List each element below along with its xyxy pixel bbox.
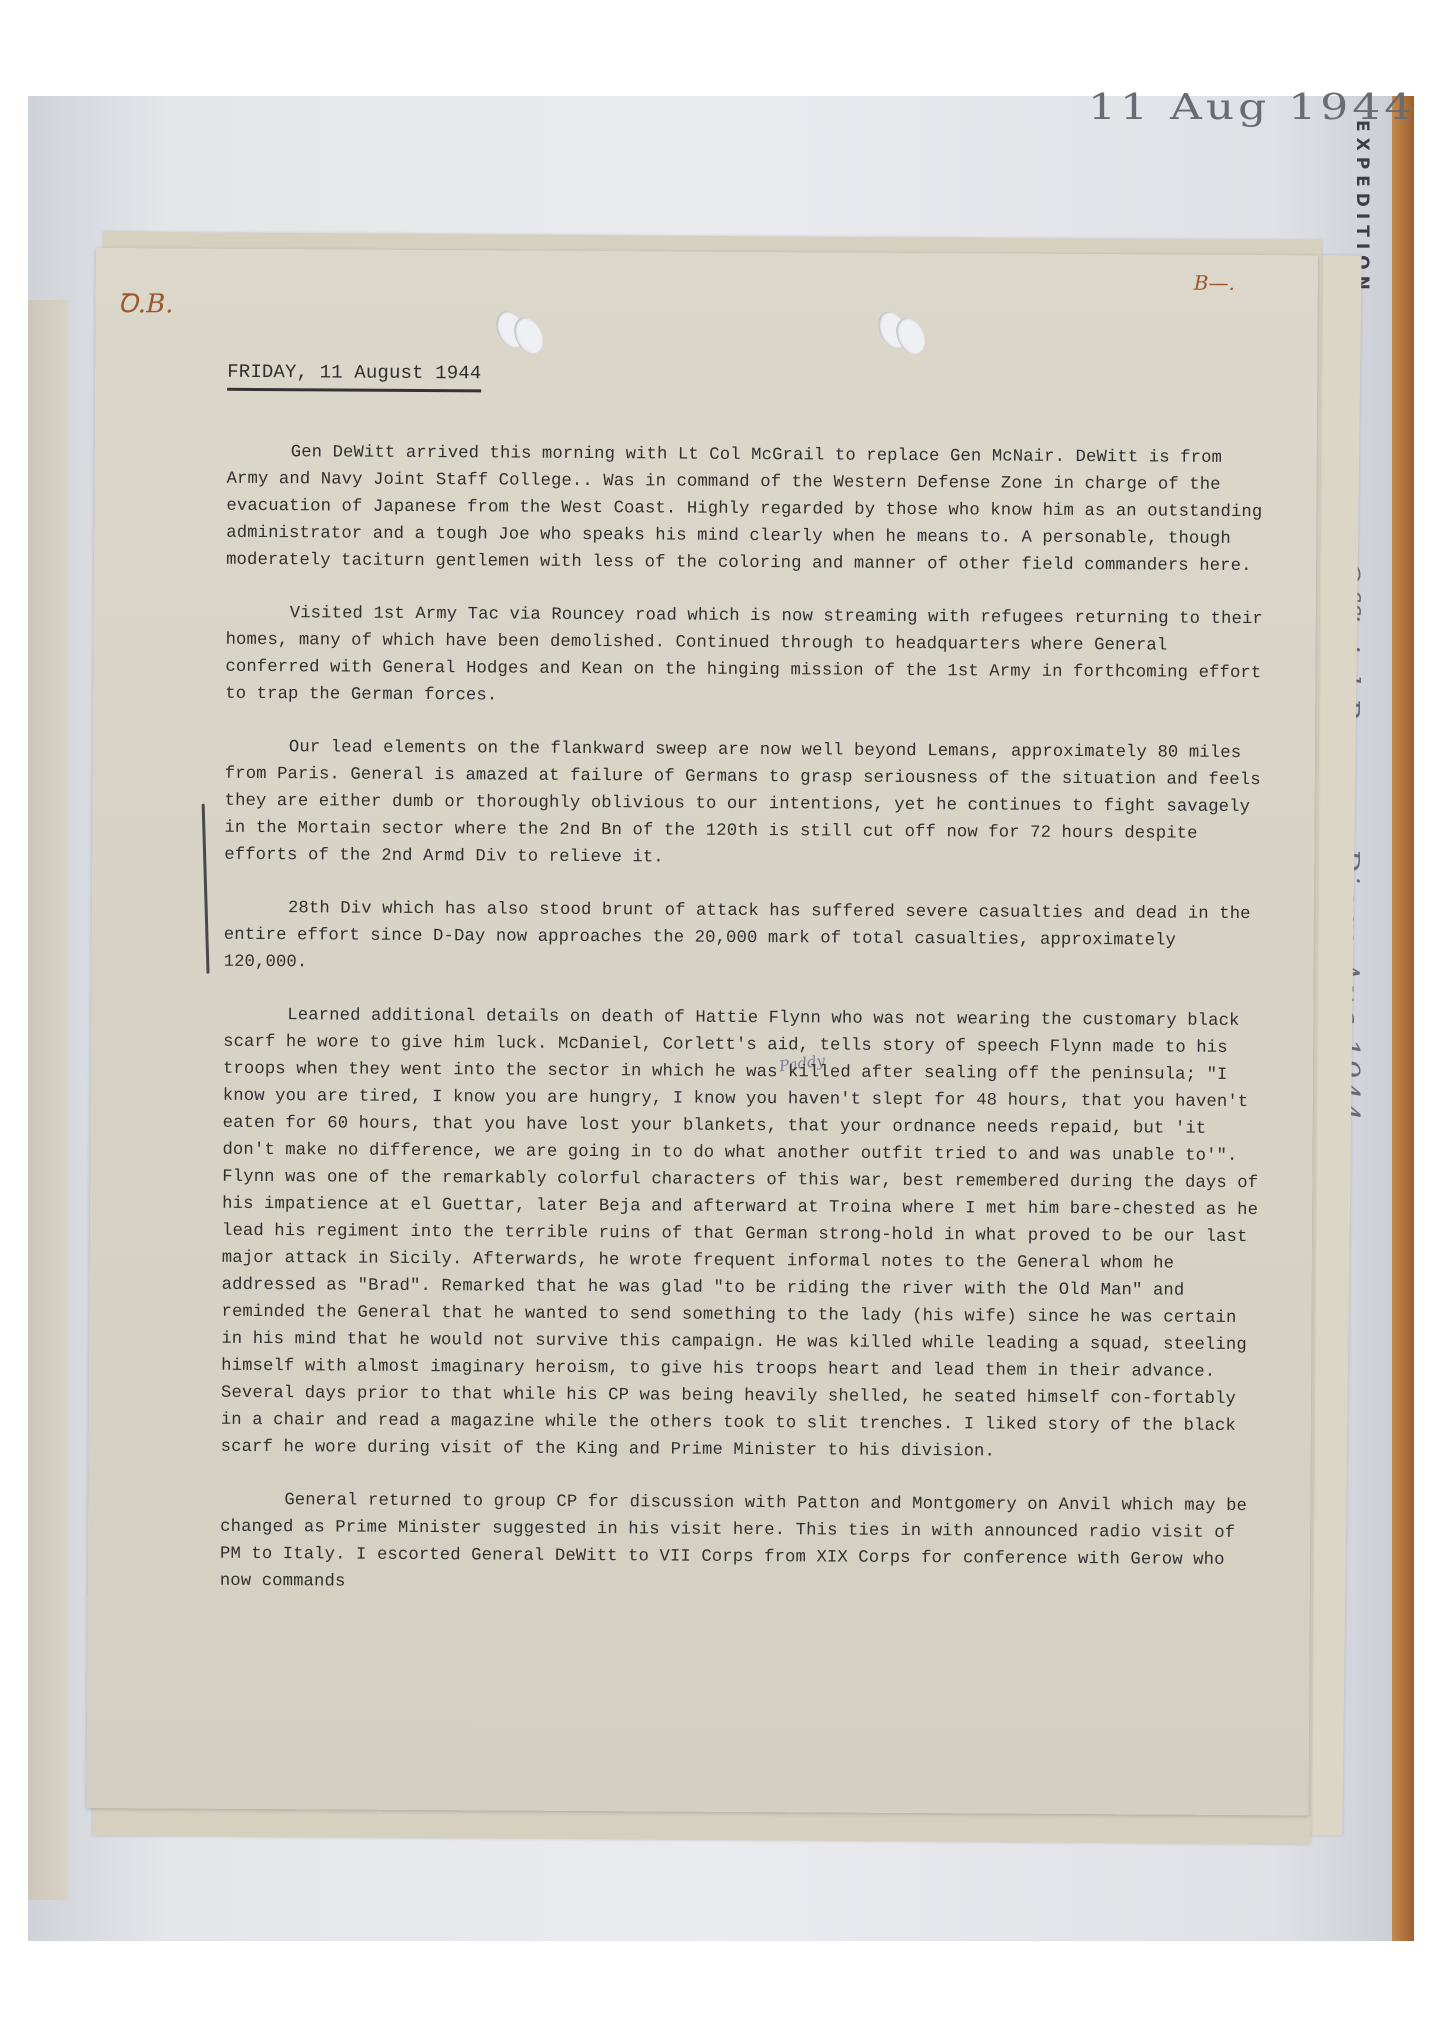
paragraph: Our lead elements on the flankward sweep… (224, 734, 1265, 875)
margin-marker-line (202, 804, 210, 974)
entry-date: FRIDAY, 11 August 1944 (227, 359, 481, 393)
handwritten-initials-left: Ꝺ.B. (118, 284, 174, 320)
diary-page: Ꝺ.B. B—. Paddy FRIDAY, 11 August 1944 Ge… (86, 248, 1318, 1815)
paragraph: Gen DeWitt arrived this morning with Lt … (226, 439, 1267, 580)
handwritten-initials-right: B—. (1194, 271, 1235, 295)
underlying-sheet-left (28, 300, 68, 1900)
paragraph: Visited 1st Army Tac via Rouncey road wh… (225, 600, 1266, 714)
diary-text: FRIDAY, 11 August 1944 Gen DeWitt arrive… (220, 359, 1268, 1627)
paragraph: Learned additional details on death of H… (221, 1002, 1264, 1467)
folder-edge (1392, 96, 1414, 1941)
paragraph: 28th Div which has also stood brunt of a… (224, 895, 1264, 982)
paragraph: General returned to group CP for discuss… (220, 1487, 1261, 1601)
